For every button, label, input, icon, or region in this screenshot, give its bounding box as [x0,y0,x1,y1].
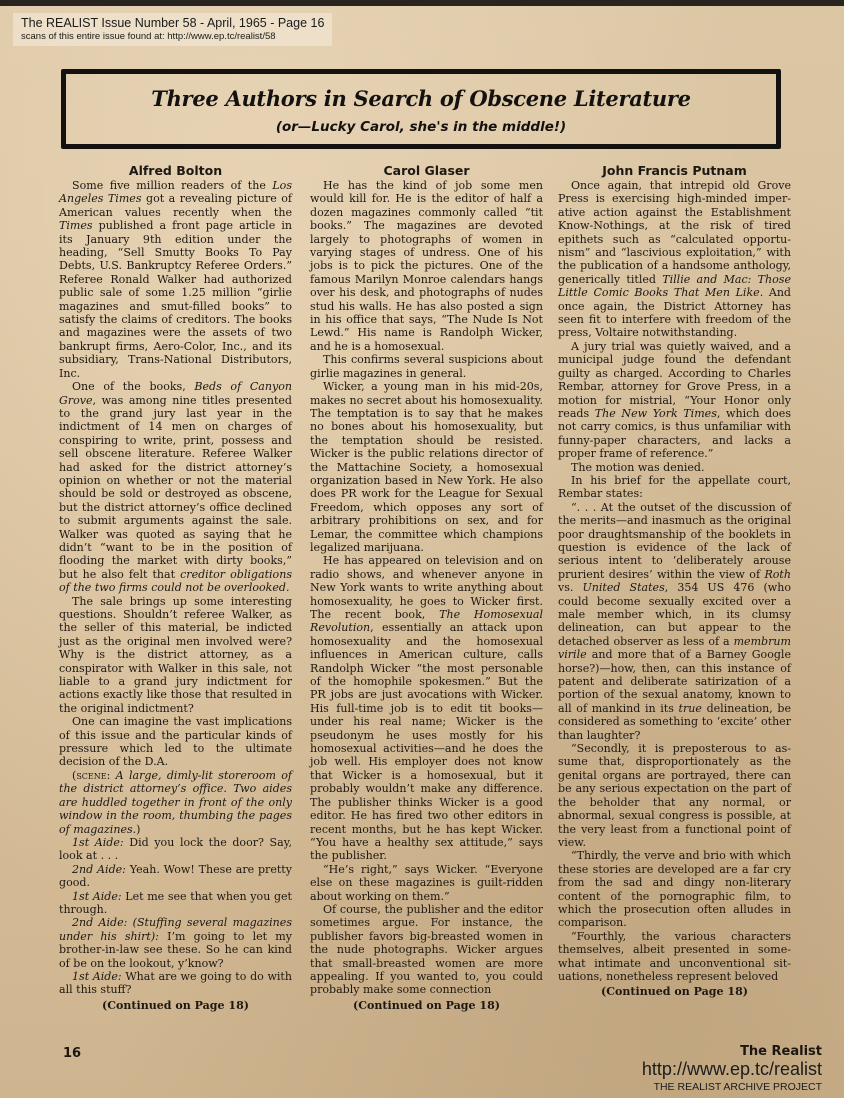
article-column-glaser: Carol Glaser He has the kind of job some… [310,164,543,1012]
continued-notice: (Continued on Page 18) [558,985,791,998]
article-column-bolton: Alfred Bolton Some five million readers … [59,164,292,1012]
article-paragraph: The sale brings up some interesting ques… [59,595,292,716]
article-paragraph: He has the kind of job some men would ki… [310,179,543,353]
continued-notice: (Continued on Page 18) [310,999,543,1012]
article-body: Some five million readers of the Los Ang… [59,179,292,997]
article-paragraph: One of the books, Beds of Canyon Grove, … [59,380,292,595]
article-paragraph: (scene: A large, dimly-lit store­room of… [59,769,292,836]
article-paragraph: In his brief for the appellate court, Re… [558,474,791,501]
article-paragraph: “Secondly, it is preposterous to as­sume… [558,742,791,849]
article-paragraph: 1st Aide: Let me see that when you get t… [59,890,292,917]
article-paragraph: Once again, that intrepid old Grove Pres… [558,179,791,340]
headline-subtitle: (or—Lucky Carol, she's in the middle!) [66,119,776,135]
article-paragraph: This confirms several suspicions about g… [310,353,543,380]
article-paragraph: “Thirdly, the verve and brio with which … [558,849,791,929]
top-edge-bar [0,0,844,6]
article-paragraph: He has appeared on television and on rad… [310,554,543,862]
article-paragraph: “He’s right,” says Wicker. “Every­one el… [310,863,543,903]
archive-banner: The REALIST Issue Number 58 - April, 196… [13,13,332,46]
archive-banner-source: scans of this entire issue found at: htt… [21,31,324,42]
archive-banner-title: The REALIST Issue Number 58 - April, 196… [21,16,324,31]
author-byline: Alfred Bolton [59,164,292,178]
article-paragraph: 2nd Aide: (Stuffing several maga­zines u… [59,916,292,970]
article-paragraph: Of course, the publisher and the edi­tor… [310,903,543,997]
author-byline: John Francis Putnam [558,164,791,178]
article-body: He has the kind of job some men would ki… [310,179,543,997]
footer-archive-link[interactable]: http://www.ep.tc/realist [642,1059,822,1080]
article-paragraph: 2nd Aide: Yeah. Wow! These are pretty go… [59,863,292,890]
continued-notice: (Continued on Page 18) [59,999,292,1012]
author-byline: Carol Glaser [310,164,543,178]
article-body: Once again, that intrepid old Grove Pres… [558,179,791,983]
article-paragraph: Wicker, a young man in his mid-20s, make… [310,380,543,554]
footer-archive-project: THE REALIST ARCHIVE PROJECT [654,1081,822,1093]
article-paragraph: Some five million readers of the Los Ang… [59,179,292,380]
page-number: 16 [63,1046,81,1061]
article-paragraph: “. . . At the outset of the discus­sion … [558,501,791,742]
article-paragraph: 1st Aide: Did you lock the door? Say, lo… [59,836,292,863]
article-paragraph: The motion was denied. [558,461,791,474]
headline-box: Three Authors in Search of Obscene Liter… [61,69,781,149]
article-paragraph: One can imagine the vast implica­tions o… [59,715,292,769]
article-paragraph: 1st Aide: What are we going to do with a… [59,970,292,997]
article-paragraph: “Fourthly, the various characters themse… [558,930,791,984]
footer-publication-name: The Realist [740,1044,822,1059]
headline-title: Three Authors in Search of Obscene Liter… [66,86,776,111]
article-column-putnam: John Francis Putnam Once again, that int… [558,164,791,999]
article-paragraph: A jury trial was quietly waived, and a m… [558,340,791,461]
